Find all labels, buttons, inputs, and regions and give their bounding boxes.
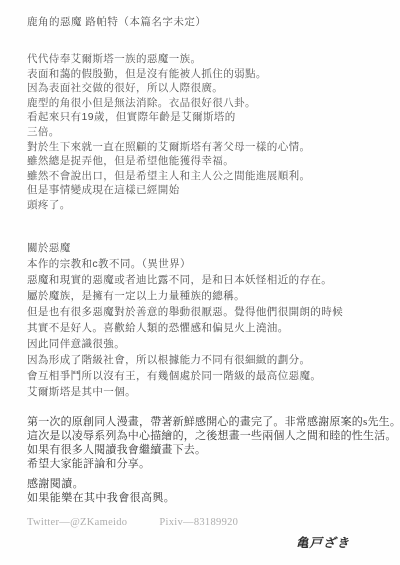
about-demons-line: 屬於魔族，是擁有一定以上力量種族的總稱。 [27,288,384,304]
afterword-line: 希望大家能評論和分享。 [27,457,384,471]
character-profile-line: 表面和藹的假殷勤，但是沒有能被人抓住的弱點。 [27,67,384,82]
character-profile-line: 但是事情變成現在這樣已經開始 [27,183,384,198]
character-profile-line: 鹿型的角很小但是無法消除。衣品很好很八卦。 [27,96,384,111]
character-profile-line: 代代侍奉艾爾斯塔一族的惡魔一族。 [27,52,384,67]
character-profile-line: 三倍。 [27,125,384,140]
afterword-paragraph: 第一次的原創同人漫畫，帶著新鮮感開心的畫完了。非常感謝原案的s先生。這次是以凌辱… [27,415,384,472]
thanks-paragraph: 感謝閱讀。如果能樂在其中我會很高興。 [27,478,384,506]
character-profile-paragraph: 代代侍奉艾爾斯塔一族的惡魔一族。表面和藹的假殷勤，但是沒有能被人抓住的弱點。因為… [27,52,384,213]
character-profile-line: 雖然不會說出口，但是希望主人和主人公之間能進展順利。 [27,169,384,184]
author-signature: 亀戸ざき [27,533,384,551]
pixiv-id: Pixiv—83189920 [159,517,238,528]
character-profile-line: 頭疼了。 [27,198,384,213]
character-profile-line: 看起來只有19歲，但實際年齡是艾爾斯塔的 [27,110,384,125]
about-demons-line: 但是也有很多惡魔對於善意的舉動很厭惡。覺得他們很開朗的時候 [27,304,384,320]
doujin-notes-page: 鹿角的惡魔 路帕特（本篇名字未定） 代代侍奉艾爾斯塔一族的惡魔一族。表面和藹的假… [0,0,400,565]
about-demons-line: 本作的宗教和c教不同。（異世界） [27,256,384,272]
about-demons-line: 其實不是好人。喜歡給人類的恐懼感和偏見火上澆油。 [27,320,384,336]
afterword-line: 第一次的原創同人漫畫，帶著新鮮感開心的畫完了。非常感謝原案的s先生。 [27,415,384,429]
page-title: 鹿角的惡魔 路帕特（本篇名字未定） [27,15,384,30]
thanks-line: 如果能樂在其中我會很高興。 [27,492,384,506]
thanks-line: 感謝閱讀。 [27,478,384,492]
about-demons-line: 惡魔和現實的惡魔或者迪比露不同，是和日本妖怪相近的存在。 [27,272,384,288]
character-profile-line: 因為表面社交做的很好，所以人際很廣。 [27,81,384,96]
footer-links: Twitter—@ZKameido Pixiv—83189920 [27,517,384,528]
about-demons-line: 會互相爭鬥所以沒有王，有幾個處於同一階級的最高位惡魔。 [27,368,384,384]
character-profile-line: 雖然總是捉弄他，但是希望他能獲得幸福。 [27,154,384,169]
about-demons-line: 艾爾斯塔是其中一個。 [27,384,384,400]
about-demons-heading: 關於惡魔 [27,240,384,256]
about-demons-line: 因為形成了階級社會，所以根據能力不同有很細緻的劃分。 [27,352,384,368]
twitter-handle: Twitter—@ZKameido [27,517,127,528]
about-demons-line: 因此同伴意識很強。 [27,336,384,352]
character-profile-line: 對於生下來就一直在照顧的艾爾斯塔有著父母一樣的心情。 [27,140,384,155]
afterword-line: 如果有很多人閱讀我會繼續畫下去。 [27,443,384,457]
about-demons-paragraph: 本作的宗教和c教不同。（異世界）惡魔和現實的惡魔或者迪比露不同，是和日本妖怪相近… [27,256,384,400]
afterword-line: 這次是以凌辱系列為中心描繪的，之後想畫一些兩個人之間和睦的性生活。 [27,429,384,443]
